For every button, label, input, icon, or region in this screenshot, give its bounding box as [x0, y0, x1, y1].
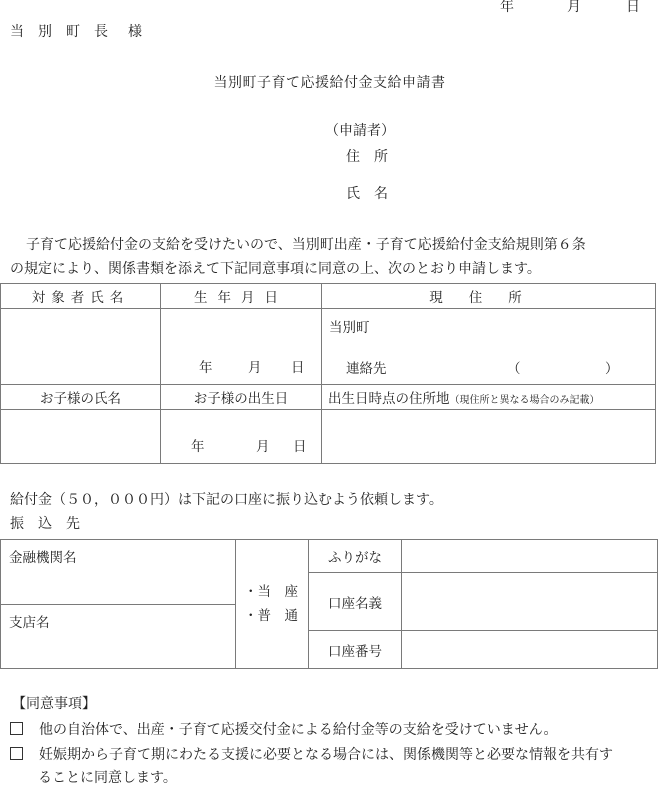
child-header-row: お子様の氏名 お子様の出生日 出生日時点の住所地（現住所と異なる場合のみ記載）: [1, 385, 656, 410]
date-day-label: 日: [626, 0, 640, 14]
addressee-char: 別: [38, 24, 66, 40]
subject-header-row: 対象者氏名 生年月日 現住所: [1, 284, 656, 309]
header-child-name: お子様の氏名: [1, 385, 161, 410]
transfer-request-text: 給付金（５０，０００円）は下記の口座に振り込むよう依頼します。: [10, 493, 443, 507]
day-label: 日: [293, 435, 307, 455]
addressee-char: 当: [10, 24, 38, 40]
header-child-birthdate: お子様の出生日: [161, 385, 322, 410]
subject-birthdate-input[interactable]: 年 月 日: [161, 309, 322, 385]
year-label: 年: [191, 435, 205, 455]
header-subject-name: 対象者氏名: [1, 284, 161, 309]
header-birthdate: 生年月日: [161, 284, 322, 309]
branch-label: 支店名: [9, 615, 50, 631]
date-year-label: 年: [500, 0, 514, 14]
consent-text-2-continued: ることに同意します。: [38, 771, 177, 785]
address-prefix: 当別町: [329, 316, 370, 336]
bank-name-label: 金融機関名: [9, 550, 77, 566]
year-label: 年: [199, 356, 213, 376]
bank-table: 金融機関名 ・当 座 ・普 通 ふりがな 口座名義 支店名 口座番号: [0, 539, 658, 669]
consent-text-1: 他の自治体で、出産・子育て応援交付金による給付金等の支給を受けていません。: [39, 722, 558, 738]
child-birthdate-input[interactable]: 年 月 日: [161, 410, 322, 464]
document-title: 当別町子育て応援給付金支給申請書: [0, 76, 659, 90]
bank-name-field[interactable]: 金融機関名: [1, 540, 236, 605]
addressee-char: 長: [94, 24, 122, 40]
consent-checkbox-2[interactable]: [10, 747, 23, 760]
date-field: 年 月 日: [500, 0, 650, 16]
consent-item-2: 妊娠期から子育て期にわたる支援に必要となる場合には、関係機関等と必要な情報を共有…: [10, 747, 613, 762]
contact-paren-close: ）: [605, 357, 619, 377]
account-type-current[interactable]: ・当 座: [244, 580, 308, 604]
account-type-savings[interactable]: ・普 通: [244, 604, 308, 628]
branch-field[interactable]: 支店名: [1, 605, 236, 669]
consent-heading: 【同意事項】: [12, 697, 96, 711]
intro-line-1: 子育て応援給付金の支給を受けたいので、当別町出産・子育て応援給付金支給規則第６条: [26, 238, 586, 252]
month-label: 月: [248, 356, 262, 376]
transfer-destination-label: 振込先: [10, 517, 94, 531]
bank-row: 金融機関名 ・当 座 ・普 通 ふりがな: [1, 540, 658, 573]
child-row: 年 月 日: [1, 410, 656, 464]
header-birth-address: 出生日時点の住所地（現住所と異なる場合のみ記載）: [322, 385, 656, 410]
account-holder-label: 口座名義: [309, 573, 402, 631]
contact-label: 連絡先: [346, 357, 387, 377]
account-number-label: 口座番号: [309, 631, 402, 669]
day-label: 日: [291, 356, 305, 376]
addressee: 当別町長様: [10, 25, 156, 39]
addressee-char: 町: [66, 24, 94, 40]
contact-paren-open: （: [507, 357, 521, 377]
consent-item-1: 他の自治体で、出産・子育て応援交付金による給付金等の支給を受けていません。: [10, 722, 558, 737]
consent-checkbox-1[interactable]: [10, 722, 23, 735]
furigana-input[interactable]: [402, 540, 658, 573]
account-number-input[interactable]: [402, 631, 658, 669]
subject-name-input[interactable]: [1, 309, 161, 385]
birth-address-label: 出生日時点の住所地: [328, 391, 450, 407]
applicant-name-label: 氏名: [346, 187, 402, 201]
account-holder-input[interactable]: [402, 573, 658, 631]
birth-address-note: （現住所と異なる場合のみ記載）: [450, 395, 600, 406]
intro-line-2: の規定により、関係書類を添えて下記同意事項に同意の上、次のとおり申請します。: [10, 262, 541, 276]
furigana-label: ふりがな: [309, 540, 402, 573]
subject-address-input[interactable]: 当別町 連絡先 （ ）: [322, 309, 656, 385]
subject-table: 対象者氏名 生年月日 現住所 年 月 日 当別町 連絡先 （ ） お子様の氏名 …: [0, 283, 656, 464]
addressee-honorific: 様: [128, 24, 156, 40]
account-type-select[interactable]: ・当 座 ・普 通: [236, 540, 309, 669]
month-label: 月: [256, 435, 270, 455]
date-month-label: 月: [567, 0, 581, 14]
birth-address-input[interactable]: [322, 410, 656, 464]
header-current-address: 現住所: [322, 284, 656, 309]
child-name-input[interactable]: [1, 410, 161, 464]
applicant-label: （申請者）: [0, 124, 659, 138]
consent-text-2: 妊娠期から子育て期にわたる支援に必要となる場合には、関係機関等と必要な情報を共有…: [39, 747, 613, 763]
applicant-address-label: 住所: [346, 150, 402, 164]
subject-row: 年 月 日 当別町 連絡先 （ ）: [1, 309, 656, 385]
